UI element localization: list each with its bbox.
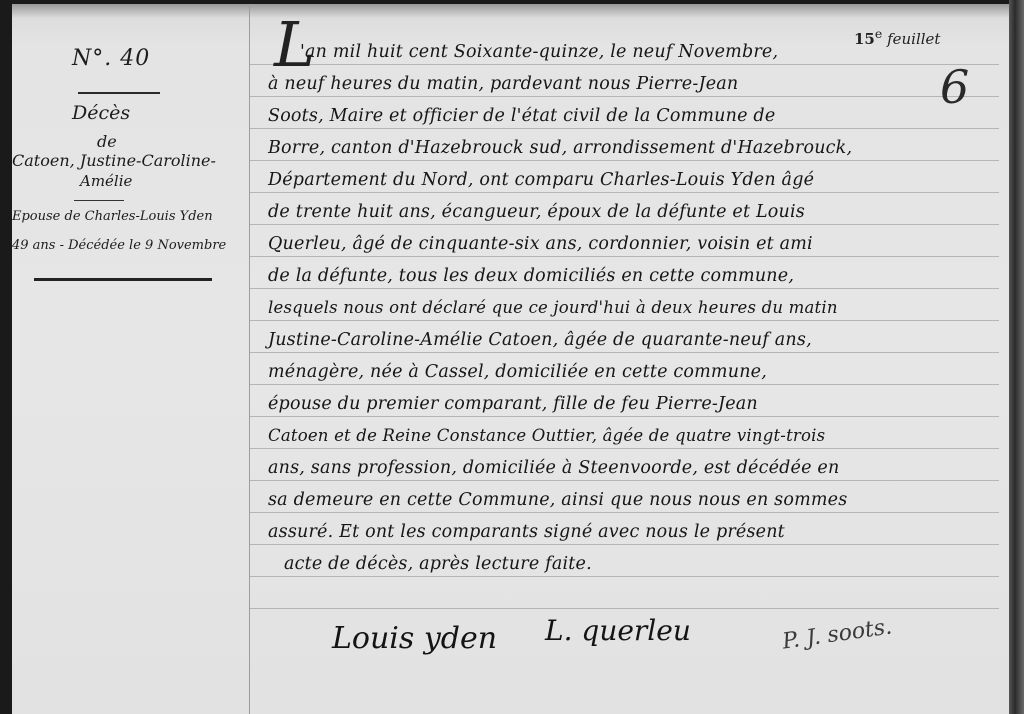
ruled-line	[249, 352, 999, 353]
body-line: de la défunte, tous les deux domiciliés …	[268, 266, 794, 286]
ruled-line	[249, 128, 999, 129]
margin-age-date: 49 ans - Décédée le 9 Novembre	[12, 238, 226, 253]
ruled-line	[249, 224, 999, 225]
signature-declarant: Louis yden	[332, 621, 497, 656]
body-line: Borre, canton d'Hazebrouck sud, arrondis…	[268, 138, 852, 158]
margin-spouse: Epouse de Charles-Louis Yden	[12, 209, 213, 224]
body-line: Soots, Maire et officier de l'état civil…	[268, 106, 775, 126]
margin-annotation: N°. 40 Décès de Catoen, Justine-Caroline…	[12, 4, 249, 304]
body-line: de trente huit ans, écangueur, époux de …	[268, 202, 805, 222]
body-line: Département du Nord, ont comparu Charles…	[268, 170, 814, 190]
body-line: acte de décès, après lecture faite.	[284, 554, 592, 574]
body-line: ans, sans profession, domiciliée à Steen…	[268, 458, 839, 478]
margin-deceased-name: Catoen, Justine-Caroline-	[12, 151, 216, 170]
body-line: ménagère, née à Cassel, domiciliée en ce…	[268, 362, 767, 382]
body-line: lesquels nous ont déclaré que ce jourd'h…	[268, 298, 838, 317]
margin-de: de	[97, 132, 117, 151]
folio-number: 15	[854, 30, 875, 48]
signature-mayor: P. J. soots.	[781, 614, 894, 654]
body-line: Catoen et de Reine Constance Outtier, âg…	[268, 426, 825, 445]
ruled-line	[249, 96, 999, 97]
body-line: à neuf heures du matin, pardevant nous P…	[268, 74, 738, 94]
ruled-line	[249, 320, 999, 321]
body-line: 'an mil huit cent Soixante-quinze, le ne…	[300, 42, 778, 62]
margin-end-rule	[34, 278, 212, 281]
book-binding-edge	[1009, 0, 1024, 714]
body-line: épouse du premier comparant, fille de fe…	[268, 394, 758, 414]
ruled-line	[249, 192, 999, 193]
body-line: Querleu, âgé de cinquante-six ans, cordo…	[268, 234, 813, 254]
folio-label: feuillet	[887, 30, 940, 48]
acte-number: N°. 40	[72, 46, 150, 71]
ruled-line	[249, 160, 999, 161]
ruled-line	[249, 544, 999, 545]
folio-header: 15e feuillet	[854, 26, 940, 48]
ruled-line	[249, 64, 999, 65]
ruled-line	[249, 576, 999, 577]
acte-mark: 6	[940, 60, 969, 114]
folio-suffix: e	[875, 26, 882, 41]
ruled-line	[249, 256, 999, 257]
margin-heading: Décès	[72, 102, 130, 124]
margin-underline	[78, 92, 160, 94]
body-line: assuré. Et ont les comparants signé avec…	[268, 522, 785, 542]
margin-deceased-name-cont: Amélie	[80, 172, 132, 190]
ruled-line	[249, 512, 999, 513]
ruled-line	[249, 416, 999, 417]
margin-rule	[249, 4, 250, 714]
margin-underline	[74, 200, 124, 201]
ruled-line	[249, 608, 999, 609]
register-page: N°. 40 Décès de Catoen, Justine-Caroline…	[12, 4, 1009, 714]
body-line: Justine-Caroline-Amélie Catoen, âgée de …	[268, 330, 812, 350]
ruled-line	[249, 448, 999, 449]
ruled-line	[249, 288, 999, 289]
ruled-line	[249, 384, 999, 385]
ruled-line	[249, 480, 999, 481]
body-line: sa demeure en cette Commune, ainsi que n…	[268, 490, 847, 510]
signature-witness: L. querleu	[545, 614, 691, 647]
